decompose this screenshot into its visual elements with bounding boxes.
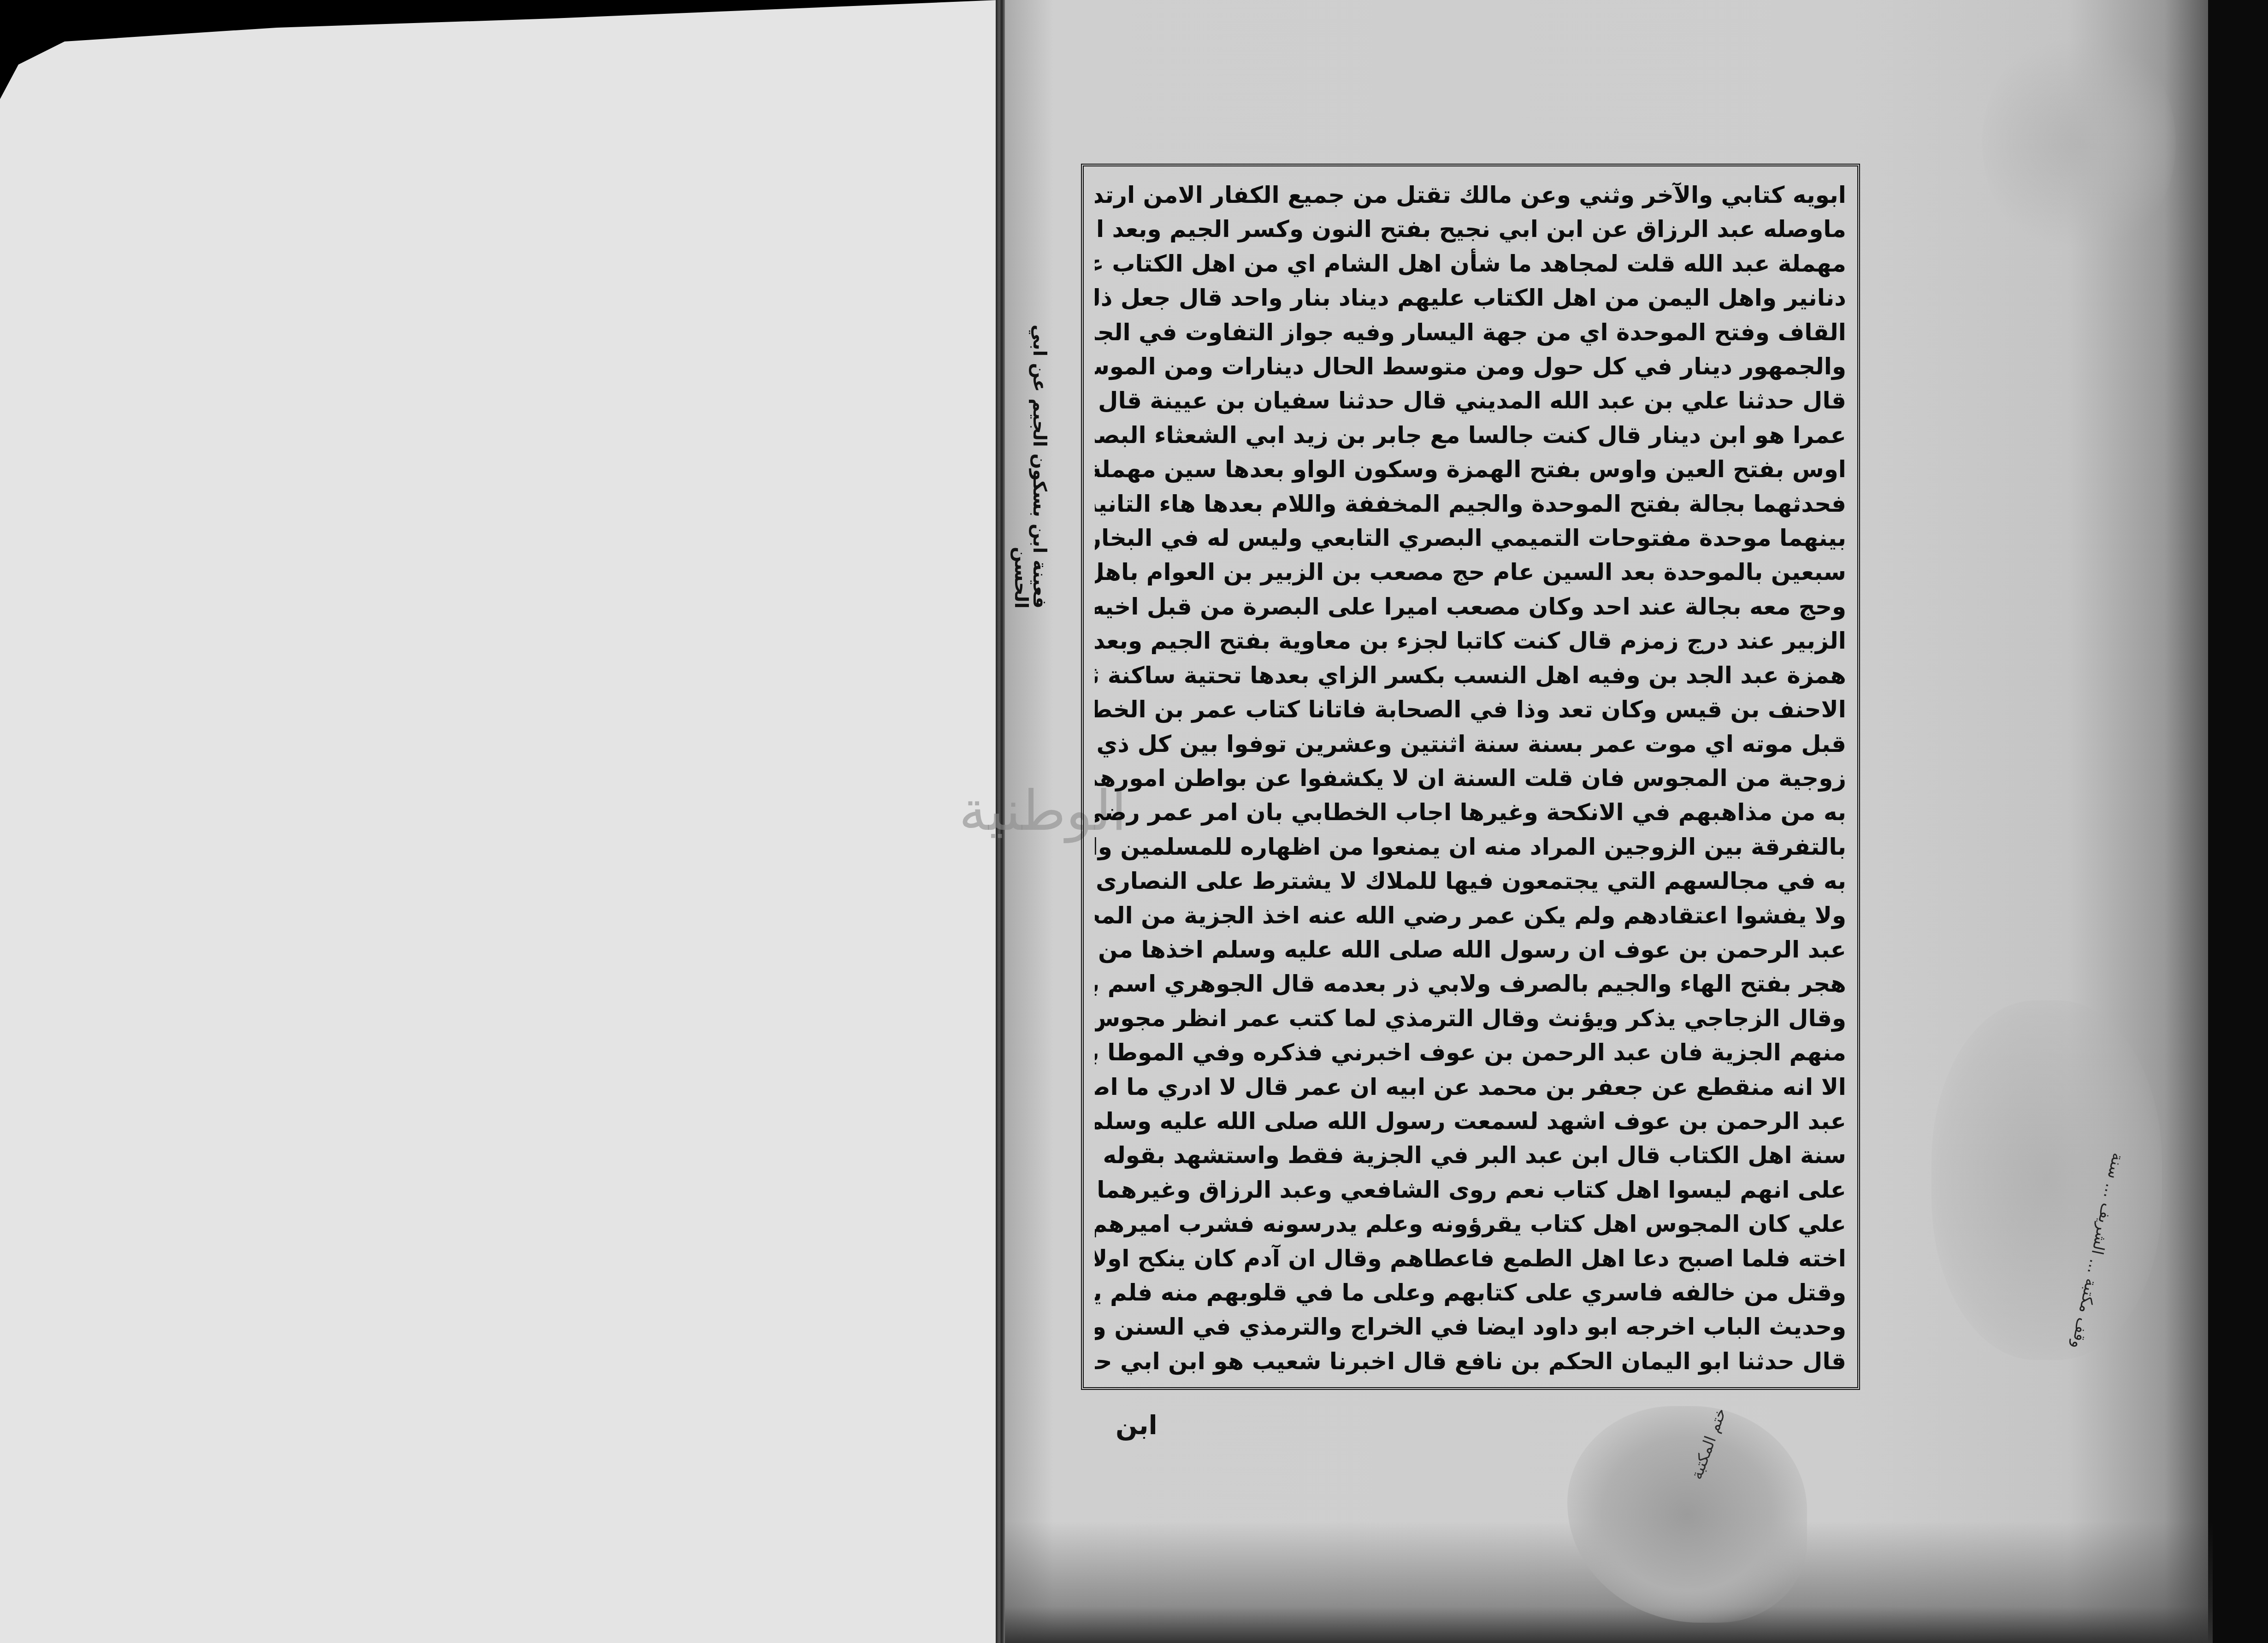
catchword: ابن	[1116, 1411, 1158, 1441]
text-line: دنانير واهل اليمن من اهل الكتاب عليهم دي…	[1095, 279, 1846, 313]
text-line: الا انه منقطع عن جعفر بن محمد عن ابيه ان…	[1095, 1069, 1846, 1103]
text-line: زوجية من المجوس فان قلت السنة ان لا يكشف…	[1095, 760, 1846, 794]
text-line: ولا يفشوا اعتقادهم ولم يكن عمر رضي الله …	[1095, 897, 1846, 931]
text-line: به في مجالسهم التي يجتمعون فيها للملاك ل…	[1095, 863, 1846, 897]
marginal-note: فعينة ابن بسكون الجيم عن ابي الحسن	[1012, 258, 1049, 609]
text-line: قال حدثنا ابو اليمان الحكم بن نافع قال ا…	[1095, 1343, 1846, 1377]
text-line: ابويه كتابي والآخر وثني وعن مالك تقتل من…	[1095, 177, 1846, 211]
left-blank-page	[0, 0, 998, 1643]
text-line: منهم الجزية فان عبد الرحمن بن عوف اخبرني…	[1095, 1034, 1846, 1068]
text-line: ماوصله عبد الرزاق عن ابن ابي نجيح بفتح ا…	[1095, 211, 1846, 245]
text-line: قال حدثنا علي بن عبد الله المديني قال حد…	[1095, 382, 1846, 416]
text-line: على انهم ليسوا اهل كتاب نعم روى الشافعي …	[1095, 1171, 1846, 1206]
text-line: وقال الزجاجي يذكر ويؤنث وقال الترمذي لما…	[1095, 1000, 1846, 1034]
text-line: عبد الرحمن بن عوف ان رسول الله صلى الله …	[1095, 931, 1846, 965]
text-frame: ابويه كتابي والآخر وثني وعن مالك تقتل من…	[1081, 164, 1860, 1390]
text-line: عمرا هو ابن دينار قال كنت جالسا مع جابر …	[1095, 417, 1846, 451]
text-line: سبعين بالموحدة بعد السين عام حج مصعب بن …	[1095, 554, 1846, 588]
paper-stain	[1982, 28, 2176, 258]
text-line: اخته فلما اصبح دعا اهل الطمع فاعطاهم وقا…	[1095, 1240, 1846, 1274]
text-line: وحج معه بجالة عند احد وكان مصعب اميرا عل…	[1095, 588, 1846, 622]
text-line: بالتفرقة بين الزوجين المراد منه ان يمنعو…	[1095, 828, 1846, 863]
text-line: همزة عبد الجد بن وفيه اهل النسب بكسر الز…	[1095, 657, 1846, 691]
text-line: والجمهور دينار في كل حول ومن متوسط الحال…	[1095, 348, 1846, 382]
text-line: بينهما موحدة مفتوحات التميمي البصري التا…	[1095, 520, 1846, 554]
text-line: مهملة عبد الله قلت لمجاهد ما شأن اهل الش…	[1095, 245, 1846, 279]
text-line: وحديث الباب اخرجه ابو داود ايضا في الخرا…	[1095, 1308, 1846, 1342]
text-line: الاحنف بن قيس وكان تعد وذا في الصحابة فا…	[1095, 691, 1846, 725]
text-line: به من مذاهبهم في الانكحة وغيرها اجاب الخ…	[1095, 794, 1846, 828]
book-binding-edge	[2208, 0, 2268, 1643]
text-line: الزبير عند درج زمزم قال كنت كاتبا لجزء ب…	[1095, 622, 1846, 656]
text-line: اوس بفتح العين واوس بفتح الهمزة وسكون ال…	[1095, 451, 1846, 485]
text-line: علي كان المجوس اهل كتاب يقرؤونه وعلم يدر…	[1095, 1206, 1846, 1240]
manuscript-text-block: ابويه كتابي والآخر وثني وعن مالك تقتل من…	[1095, 177, 1846, 1377]
text-line: سنة اهل الكتاب قال ابن عبد البر في الجزي…	[1095, 1137, 1846, 1171]
text-line: القاف وفتح الموحدة اي من جهة اليسار وفيه…	[1095, 314, 1846, 348]
text-line: قبل موته اي موت عمر بسنة سنة اثنتين وعشر…	[1095, 726, 1846, 760]
text-line: وقتل من خالفه فاسري على كتابهم وعلى ما ف…	[1095, 1274, 1846, 1308]
text-line: عبد الرحمن بن عوف اشهد لسمعت رسول الله ص…	[1095, 1103, 1846, 1137]
text-line: هجر بفتح الهاء والجيم بالصرف ولابي ذر بع…	[1095, 965, 1846, 999]
text-line: فحدثهما بجالة بفتح الموحدة والجيم المخفف…	[1095, 485, 1846, 520]
